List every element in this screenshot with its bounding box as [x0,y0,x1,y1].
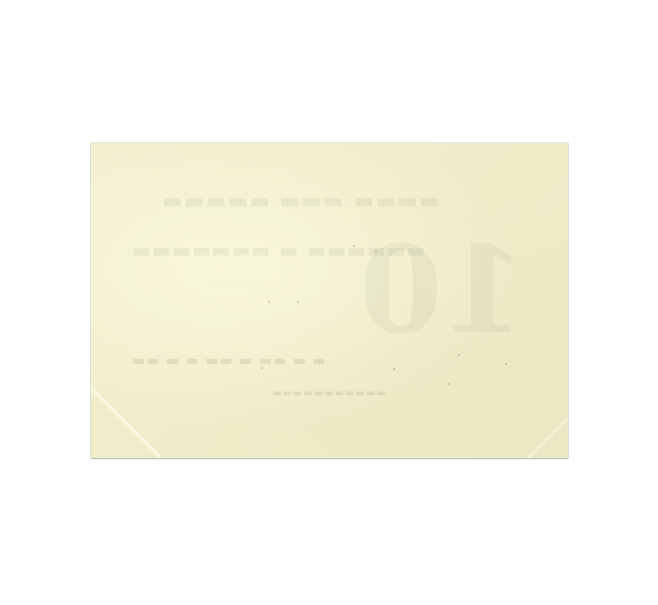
show-through-text: ▬ ▬ ▬▬ ▬ ▬▬ ▬ ▬ ▬▬ [131,353,326,369]
ink-speck [393,368,395,370]
ink-speck [353,245,355,247]
show-through-text: ▬▬▬▬▬▬▬▬▬▬▬ [271,388,386,399]
corner-crease [528,418,568,458]
show-through-text: · · · · · · · · · [211,308,277,318]
show-through-text: · · · · [391,408,420,419]
show-through-numeral: 10 [359,231,526,351]
show-through-text: · · · · · · · · · [241,173,307,183]
ink-speck [458,354,460,356]
corner-crease [91,388,161,458]
banknote-back: · · · · · · · · · ▬▬▬▬ ▬▬▬ ▬▬▬▬▬ ▬▬▬▬▬▬ … [91,143,568,458]
ink-speck [268,301,270,303]
ink-speck [261,367,263,369]
ink-speck [375,250,377,252]
show-through-text: ▬▬▬▬ ▬▬▬ ▬▬▬▬▬ [161,188,440,214]
ink-speck [297,301,299,303]
show-through-text: · · · · · · · · · · · [211,283,292,293]
ink-speck [505,363,507,365]
ink-speck [448,383,450,385]
